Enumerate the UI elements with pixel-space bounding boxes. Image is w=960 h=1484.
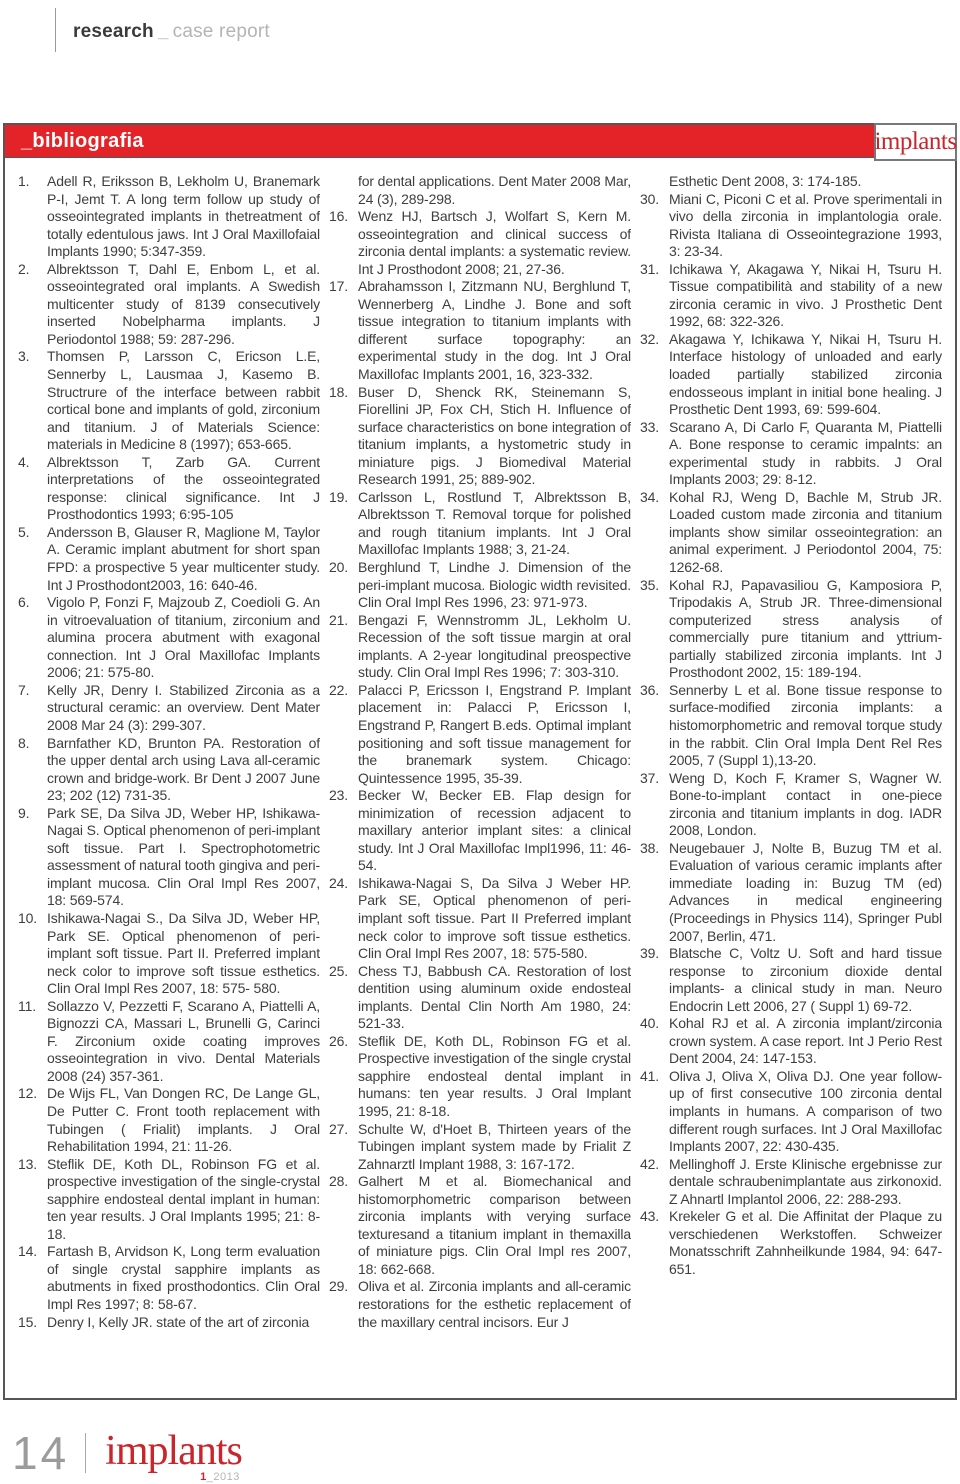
reference-text: Chess TJ, Babbush CA. Restoration of los…	[358, 963, 631, 1032]
reference-number: 23.	[329, 787, 348, 805]
reference-number: 7.	[18, 682, 29, 700]
reference-number: 38.	[640, 840, 659, 858]
reference-number: 29.	[329, 1278, 348, 1296]
footer-logo-text: implants	[105, 1428, 242, 1474]
reference-text: Buser D, Shenck RK, Steinemann S, Fiorel…	[358, 384, 631, 488]
reference-number: 4.	[18, 454, 29, 472]
reference-number: 1.	[18, 173, 29, 191]
footer-journal-logo: implants 1_2013	[105, 1434, 242, 1476]
references-column-2: for dental applications. Dent Mater 2008…	[329, 173, 631, 1388]
reference-item: 31.Ichikawa Y, Akagawa Y, Nikai H, Tsuru…	[640, 261, 942, 331]
reference-number: 17.	[329, 278, 348, 296]
reference-text: Fartash B, Arvidson K, Long term evaluat…	[47, 1243, 320, 1312]
reference-text: Kohal RJ, Weng D, Bachle M, Strub JR. Lo…	[669, 489, 942, 575]
reference-text: Ichikawa Y, Akagawa Y, Nikai H, Tsuru H.…	[669, 261, 942, 330]
reference-item: 36.Sennerby L et al. Bone tissue respons…	[640, 682, 942, 770]
reference-number: 26.	[329, 1033, 348, 1051]
reference-text: Barnfather KD, Brunton PA. Restoration o…	[47, 735, 320, 804]
reference-text: Oliva et al. Zirconia implants and all-c…	[358, 1278, 631, 1329]
reference-item: 42.Mellinghoff J. Erste Klinische ergebn…	[640, 1156, 942, 1209]
reference-text: Abrahamsson I, Zitzmann NU, Berghlund T,…	[358, 278, 631, 382]
reference-number: 28.	[329, 1173, 348, 1191]
reference-item: 9.Park SE, Da Silva JD, Weber HP, Ishika…	[18, 805, 320, 910]
references-column-1: 1.Adell R, Eriksson B, Lekholm U, Branem…	[18, 173, 320, 1388]
reference-item: 24.Ishikawa-Nagai S, Da Silva J Weber HP…	[329, 875, 631, 963]
references-columns: 1.Adell R, Eriksson B, Lekholm U, Branem…	[5, 158, 955, 1398]
reference-text: Scarano A, Di Carlo F, Quaranta M, Piatt…	[669, 419, 942, 488]
reference-text: Akagawa Y, Ichikawa Y, Nikai H, Tsuru H.…	[669, 331, 942, 417]
reference-item: 19.Carlsson L, Rostlund T, Albrektsson B…	[329, 489, 631, 559]
reference-text: Miani C, Piconi C et al. Prove speriment…	[669, 191, 942, 260]
reference-item: 26.Steflik DE, Koth DL, Robinson FG et a…	[329, 1033, 631, 1121]
running-header: research_case report	[55, 8, 270, 52]
reference-item: 40.Kohal RJ et al. A zirconia implant/zi…	[640, 1015, 942, 1068]
reference-item: 37.Weng D, Koch F, Kramer S, Wagner W. B…	[640, 770, 942, 840]
reference-item: 35.Kohal RJ, Papavasiliou G, Kamposiora …	[640, 577, 942, 682]
running-header-text: research_case report	[73, 21, 270, 43]
footer-divider-line	[85, 1433, 86, 1473]
reference-item: 38.Neugebauer J, Nolte B, Buzug TM et al…	[640, 840, 942, 945]
reference-text: Sollazzo V, Pezzetti F, Scarano A, Piatt…	[47, 998, 320, 1084]
reference-item: 25.Chess TJ, Babbush CA. Restoration of …	[329, 963, 631, 1033]
reference-item: 17.Abrahamsson I, Zitzmann NU, Berghlund…	[329, 278, 631, 383]
reference-text: Sennerby L et al. Bone tissue response t…	[669, 682, 942, 768]
reference-number: 32.	[640, 331, 659, 349]
references-column-3: Esthetic Dent 2008, 3: 174-185.30.Miani …	[640, 173, 942, 1388]
magazine-page: research_case report _bibliografia impla…	[0, 0, 960, 1484]
reference-number: 35.	[640, 577, 659, 595]
reference-text: Palacci P, Ericsson I, Engstrand P. Impl…	[358, 682, 631, 786]
reference-item: 18.Buser D, Shenck RK, Steinemann S, Fio…	[329, 384, 631, 489]
page-footer: 14 implants 1_2013	[12, 1432, 242, 1476]
reference-continuation: Esthetic Dent 2008, 3: 174-185.	[640, 173, 942, 191]
reference-number: 43.	[640, 1208, 659, 1226]
reference-number: 30.	[640, 191, 659, 209]
reference-item: 21.Bengazi F, Wennstromm JL, Lekholm U. …	[329, 612, 631, 682]
reference-number: 34.	[640, 489, 659, 507]
reference-text: Kohal RJ, Papavasiliou G, Kamposiora P, …	[669, 577, 942, 681]
reference-item: 28.Galhert M et al. Biomechanical and hi…	[329, 1173, 631, 1278]
reference-item: 11.Sollazzo V, Pezzetti F, Scarano A, Pi…	[18, 998, 320, 1086]
reference-number: 21.	[329, 612, 348, 630]
reference-number: 16.	[329, 208, 348, 226]
reference-text: Weng D, Koch F, Kramer S, Wagner W. Bone…	[669, 770, 942, 839]
reference-item: 29.Oliva et al. Zirconia implants and al…	[329, 1278, 631, 1331]
reference-number: 2.	[18, 261, 29, 279]
bibliography-banner: _bibliografia implants	[5, 125, 955, 158]
header-divider-line	[55, 8, 56, 52]
reference-text: Steflik DE, Koth DL, Robinson FG et al. …	[47, 1156, 320, 1242]
journal-logo-box: implants	[874, 123, 957, 161]
reference-item: 39.Blatsche C, Voltz U. Soft and hard ti…	[640, 945, 942, 1015]
reference-number: 27.	[329, 1121, 348, 1139]
reference-item: 32.Akagawa Y, Ichikawa Y, Nikai H, Tsuru…	[640, 331, 942, 419]
reference-number: 5.	[18, 524, 29, 542]
reference-text: Galhert M et al. Biomechanical and histo…	[358, 1173, 631, 1277]
reference-text: Wenz HJ, Bartsch J, Wolfart S, Kern M. o…	[358, 208, 631, 277]
reference-item: 33.Scarano A, Di Carlo F, Quaranta M, Pi…	[640, 419, 942, 489]
reference-text: Becker W, Becker EB. Flap design for min…	[358, 787, 631, 873]
section-separator: _	[158, 21, 169, 42]
reference-number: 22.	[329, 682, 348, 700]
reference-item: 15.Denry I, Kelly JR. state of the art o…	[18, 1314, 320, 1332]
reference-number: 14.	[18, 1243, 37, 1261]
reference-text: Ishikawa-Nagai S, Da Silva J Weber HP. P…	[358, 875, 631, 961]
reference-item: 16.Wenz HJ, Bartsch J, Wolfart S, Kern M…	[329, 208, 631, 278]
banner-title: _bibliografia	[21, 130, 144, 153]
reference-number: 18.	[329, 384, 348, 402]
reference-item: 23.Becker W, Becker EB. Flap design for …	[329, 787, 631, 875]
reference-number: 39.	[640, 945, 659, 963]
reference-text: Park SE, Da Silva JD, Weber HP, Ishikawa…	[47, 805, 320, 909]
journal-logo: implants	[874, 128, 956, 156]
page-number: 14	[12, 1432, 69, 1476]
reference-item: 12.De Wijs FL, Van Dongen RC, De Lange G…	[18, 1085, 320, 1155]
reference-text: Albrektsson T, Zarb GA. Current interpre…	[47, 454, 320, 523]
reference-text: Berghlund T, Lindhe J. Dimension of the …	[358, 559, 631, 610]
reference-text: Ishikawa-Nagai S., Da Silva JD, Weber HP…	[47, 910, 320, 996]
reference-text: Albrektsson T, Dahl E, Enbom L, et al. o…	[47, 261, 320, 347]
reference-item: 14.Fartash B, Arvidson K, Long term eval…	[18, 1243, 320, 1313]
reference-number: 37.	[640, 770, 659, 788]
reference-number: 25.	[329, 963, 348, 981]
reference-number: 10.	[18, 910, 37, 928]
subsection-label: case report	[173, 21, 270, 42]
reference-text: Steflik DE, Koth DL, Robinson FG et al. …	[358, 1033, 631, 1119]
reference-number: 11.	[18, 998, 36, 1016]
reference-item: 1.Adell R, Eriksson B, Lekholm U, Branem…	[18, 173, 320, 261]
reference-item: 20.Berghlund T, Lindhe J. Dimension of t…	[329, 559, 631, 612]
reference-text: Neugebauer J, Nolte B, Buzug TM et al. E…	[669, 840, 942, 944]
reference-continuation: for dental applications. Dent Mater 2008…	[329, 173, 631, 208]
reference-number: 41.	[640, 1068, 659, 1086]
reference-text: Carlsson L, Rostlund T, Albrektsson B, A…	[358, 489, 631, 558]
section-label: research	[73, 21, 154, 42]
reference-item: 4.Albrektsson T, Zarb GA. Current interp…	[18, 454, 320, 524]
reference-text: Kohal RJ et al. A zirconia implant/zirco…	[669, 1015, 942, 1066]
reference-number: 13.	[18, 1156, 37, 1174]
issue-number: 1	[200, 1471, 207, 1483]
reference-text: Bengazi F, Wennstromm JL, Lekholm U. Rec…	[358, 612, 631, 681]
reference-item: 13.Steflik DE, Koth DL, Robinson FG et a…	[18, 1156, 320, 1244]
reference-item: 5.Andersson B, Glauser R, Maglione M, Ta…	[18, 524, 320, 594]
reference-number: 36.	[640, 682, 659, 700]
issue-year: _2013	[207, 1471, 240, 1483]
reference-number: 33.	[640, 419, 659, 437]
reference-text: Andersson B, Glauser R, Maglione M, Tayl…	[47, 524, 320, 593]
reference-number: 42.	[640, 1156, 659, 1174]
reference-number: 40.	[640, 1015, 659, 1033]
references-panel: _bibliografia implants 1.Adell R, Erikss…	[3, 123, 957, 1400]
reference-item: 8.Barnfather KD, Brunton PA. Restoration…	[18, 735, 320, 805]
reference-item: 43.Krekeler G et al. Die Affinitat der P…	[640, 1208, 942, 1278]
reference-text: Schulte W, d'Hoet B, Thirteen years of t…	[358, 1121, 631, 1172]
reference-item: 10.Ishikawa-Nagai S., Da Silva JD, Weber…	[18, 910, 320, 998]
reference-number: 15.	[18, 1314, 37, 1332]
issue-label: 1_2013	[200, 1473, 240, 1482]
reference-item: 41.Oliva J, Oliva X, Oliva DJ. One year …	[640, 1068, 942, 1156]
reference-number: 9.	[18, 805, 29, 823]
reference-text: Thomsen P, Larsson C, Ericson L.E, Senne…	[47, 348, 320, 452]
reference-text: Krekeler G et al. Die Affinitat der Plaq…	[669, 1208, 942, 1277]
reference-number: 31.	[640, 261, 659, 279]
reference-text: Vigolo P, Fonzi F, Majzoub Z, Coedioli G…	[47, 594, 320, 680]
reference-item: 34.Kohal RJ, Weng D, Bachle M, Strub JR.…	[640, 489, 942, 577]
reference-text: Oliva J, Oliva X, Oliva DJ. One year fol…	[669, 1068, 942, 1154]
reference-text: Mellinghoff J. Erste Klinische ergebniss…	[669, 1156, 942, 1207]
reference-number: 20.	[329, 559, 348, 577]
reference-item: 6.Vigolo P, Fonzi F, Majzoub Z, Coedioli…	[18, 594, 320, 682]
reference-text: Kelly JR, Denry I. Stabilized Zirconia a…	[47, 682, 320, 733]
reference-number: 6.	[18, 594, 29, 612]
reference-number: 19.	[329, 489, 348, 507]
reference-item: 30.Miani C, Piconi C et al. Prove sperim…	[640, 191, 942, 261]
reference-item: 22.Palacci P, Ericsson I, Engstrand P. I…	[329, 682, 631, 787]
reference-text: Adell R, Eriksson B, Lekholm U, Branemar…	[47, 173, 320, 259]
reference-number: 8.	[18, 735, 29, 753]
reference-text: De Wijs FL, Van Dongen RC, De Lange GL, …	[47, 1085, 320, 1154]
reference-number: 12.	[18, 1085, 37, 1103]
reference-item: 27.Schulte W, d'Hoet B, Thirteen years o…	[329, 1121, 631, 1174]
reference-number: 3.	[18, 348, 29, 366]
reference-text: Blatsche C, Voltz U. Soft and hard tissu…	[669, 945, 942, 1014]
reference-number: 24.	[329, 875, 348, 893]
reference-item: 3.Thomsen P, Larsson C, Ericson L.E, Sen…	[18, 348, 320, 453]
reference-item: 2.Albrektsson T, Dahl E, Enbom L, et al.…	[18, 261, 320, 349]
reference-item: 7.Kelly JR, Denry I. Stabilized Zirconia…	[18, 682, 320, 735]
reference-text: Denry I, Kelly JR. state of the art of z…	[47, 1314, 309, 1330]
